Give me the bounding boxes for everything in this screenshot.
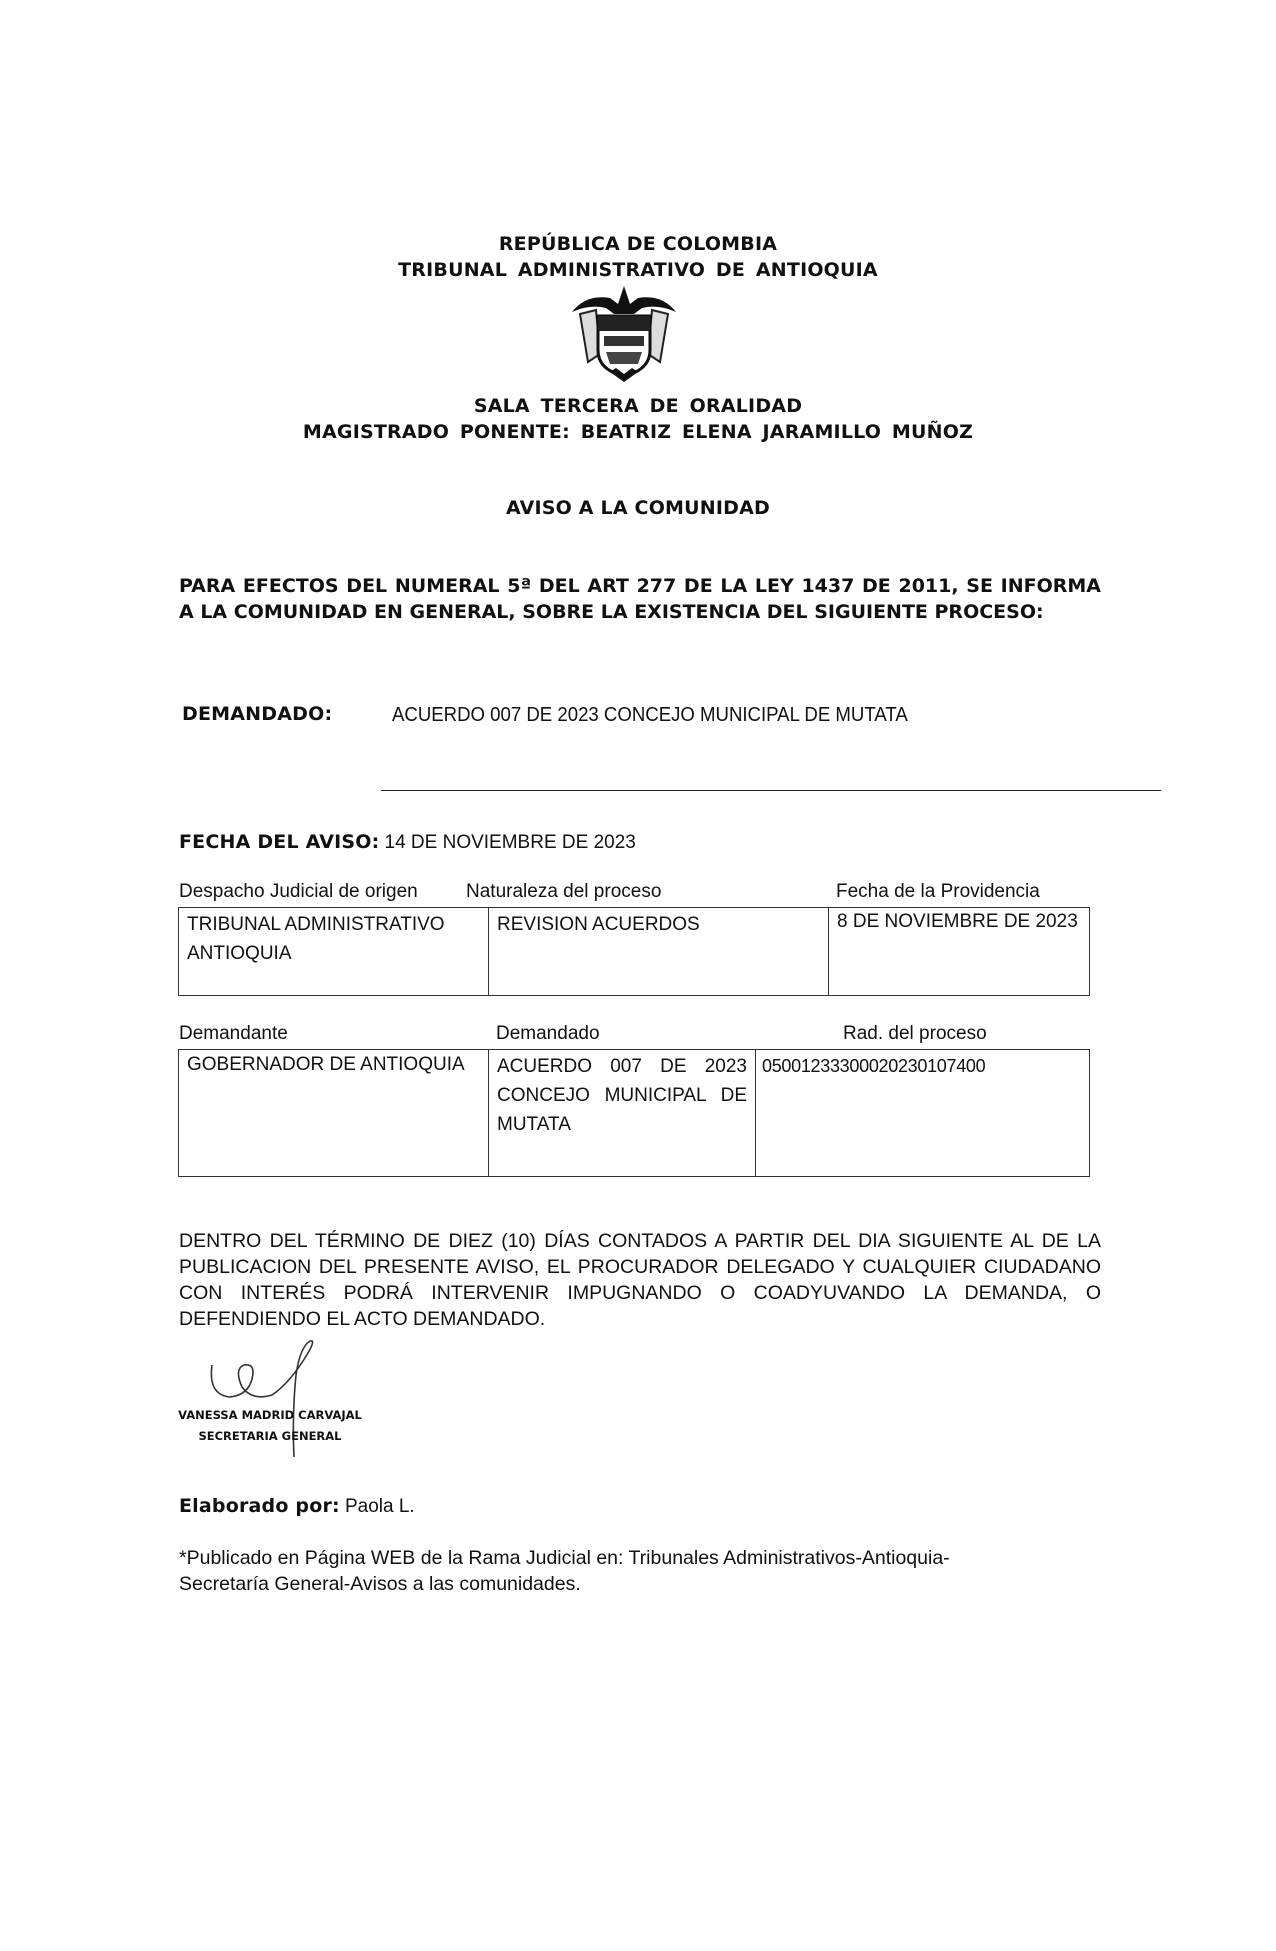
cell-fecha-providencia: 8 DE NOVIEMBRE DE 2023 — [829, 908, 1090, 996]
cell-demandado: ACUERDO 007 DE 2023 CONCEJO MUNICIPAL DE… — [489, 1050, 756, 1177]
intro-paragraph: PARA EFECTOS DEL NUMERAL 5ª DEL ART 277 … — [179, 573, 1101, 625]
table1-header-despacho: Despacho Judicial de origen — [179, 881, 418, 903]
table1-header-fecha: Fecha de la Providencia — [836, 881, 1040, 903]
table-row: TRIBUNAL ADMINISTRATIVO ANTIOQUIA REVISI… — [179, 908, 1090, 996]
country-heading: REPÚBLICA DE COLOMBIA — [0, 233, 1276, 255]
demandado-value: ACUERDO 007 DE 2023 CONCEJO MUNICIPAL DE… — [392, 704, 908, 727]
table-process-origin: TRIBUNAL ADMINISTRATIVO ANTIOQUIA REVISI… — [178, 907, 1090, 996]
table1-header-naturaleza: Naturaleza del proceso — [466, 881, 661, 903]
elaborado-line: Elaborado por: Paola L. — [179, 1495, 415, 1518]
signer-name: VANESSA MADRID CARVAJAL — [160, 1408, 380, 1422]
elaborado-label: Elaborado por: — [179, 1495, 340, 1517]
fecha-aviso-value: 14 DE NOVIEMBRE DE 2023 — [385, 832, 636, 853]
published-note: *Publicado en Página WEB de la Rama Judi… — [179, 1545, 1029, 1597]
magistrate-heading: MAGISTRADO PONENTE: BEATRIZ ELENA JARAMI… — [0, 421, 1276, 443]
body-paragraph: DENTRO DEL TÉRMINO DE DIEZ (10) DÍAS CON… — [179, 1228, 1101, 1332]
cell-demandante: GOBERNADOR DE ANTIOQUIA — [179, 1050, 489, 1177]
fecha-aviso-label: FECHA DEL AVISO: — [179, 831, 379, 853]
table-row: GOBERNADOR DE ANTIOQUIA ACUERDO 007 DE 2… — [179, 1050, 1090, 1177]
demandado-label: DEMANDADO: — [182, 703, 332, 725]
notice-title: AVISO A LA COMUNIDAD — [0, 497, 1276, 519]
colombia-coat-of-arms-icon — [566, 284, 682, 382]
signer-role: SECRETARIA GENERAL — [160, 1429, 380, 1443]
court-heading: TRIBUNAL ADMINISTRATIVO DE ANTIOQUIA — [0, 259, 1276, 281]
fecha-aviso-line: FECHA DEL AVISO: 14 DE NOVIEMBRE DE 2023 — [179, 831, 636, 854]
table2-header-demandante: Demandante — [179, 1023, 288, 1045]
cell-naturaleza: REVISION ACUERDOS — [489, 908, 829, 996]
chamber-heading: SALA TERCERA DE ORALIDAD — [0, 395, 1276, 417]
cell-radicado: 05001233300020230107400 — [756, 1050, 1090, 1177]
signature-block: VANESSA MADRID CARVAJAL SECRETARIA GENER… — [160, 1335, 380, 1460]
table-parties: GOBERNADOR DE ANTIOQUIA ACUERDO 007 DE 2… — [178, 1049, 1090, 1177]
table2-header-demandado: Demandado — [496, 1023, 600, 1045]
underline-divider — [381, 790, 1161, 791]
table2-header-radicado: Rad. del proceso — [843, 1023, 987, 1045]
elaborado-value: Paola L. — [345, 1496, 415, 1517]
cell-despacho: TRIBUNAL ADMINISTRATIVO ANTIOQUIA — [179, 908, 489, 996]
